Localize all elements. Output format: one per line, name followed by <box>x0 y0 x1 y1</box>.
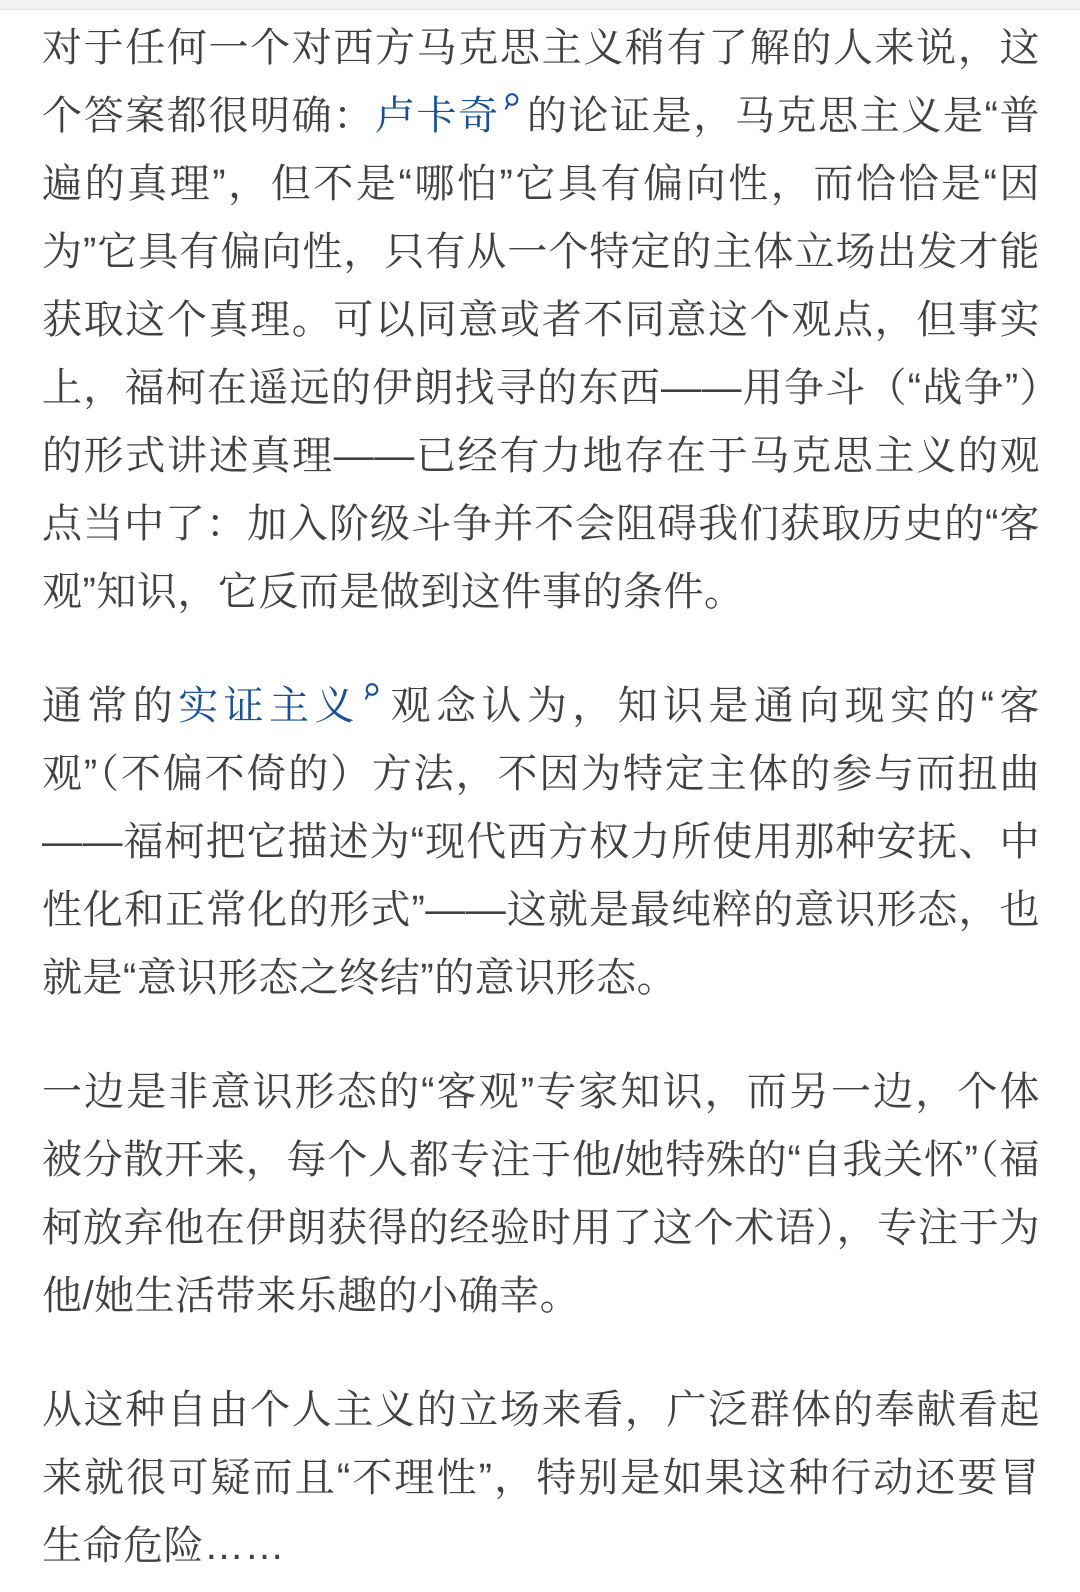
text-run: 观念认为，知识是通向现实的“客观”（不偏不倚的）方法，不因为特定主体的参与而扭曲… <box>42 684 1040 1000</box>
search-icon <box>501 91 525 115</box>
entity-link-label: 卢卡奇 <box>375 94 500 138</box>
paragraph: 一边是非意识形态的“客观”专家知识，而另一边，个体被分散开来，每个人都专注于他/… <box>42 1058 1040 1330</box>
top-divider <box>0 0 1080 10</box>
article-body: 对于任何一个对西方马克思主义稍有了解的人来说，这个答案都很明确：卢卡奇的论证是，… <box>0 10 1080 1580</box>
text-run: 从这种自由个人主义的立场来看，广泛群体的奉献看起来就很可疑而且“不理性”，特别是… <box>42 1388 1040 1568</box>
paragraph: 通常的实证主义观念认为，知识是通向现实的“客观”（不偏不倚的）方法，不因为特定主… <box>42 672 1040 1012</box>
search-icon <box>361 681 385 705</box>
entity-link[interactable]: 卢卡奇 <box>375 94 526 138</box>
entity-link[interactable]: 实证主义 <box>178 684 386 728</box>
paragraph: 对于任何一个对西方马克思主义稍有了解的人来说，这个答案都很明确：卢卡奇的论证是，… <box>42 14 1040 626</box>
text-run: 通常的 <box>42 684 178 728</box>
text-run: 的论证是，马克思主义是“普遍的真理”，但不是“哪怕”它具有偏向性，而恰恰是“因为… <box>42 94 1040 614</box>
paragraph: 从这种自由个人主义的立场来看，广泛群体的奉献看起来就很可疑而且“不理性”，特别是… <box>42 1376 1040 1580</box>
text-run: 一边是非意识形态的“客观”专家知识，而另一边，个体被分散开来，每个人都专注于他/… <box>42 1070 1040 1318</box>
entity-link-label: 实证主义 <box>178 684 360 728</box>
